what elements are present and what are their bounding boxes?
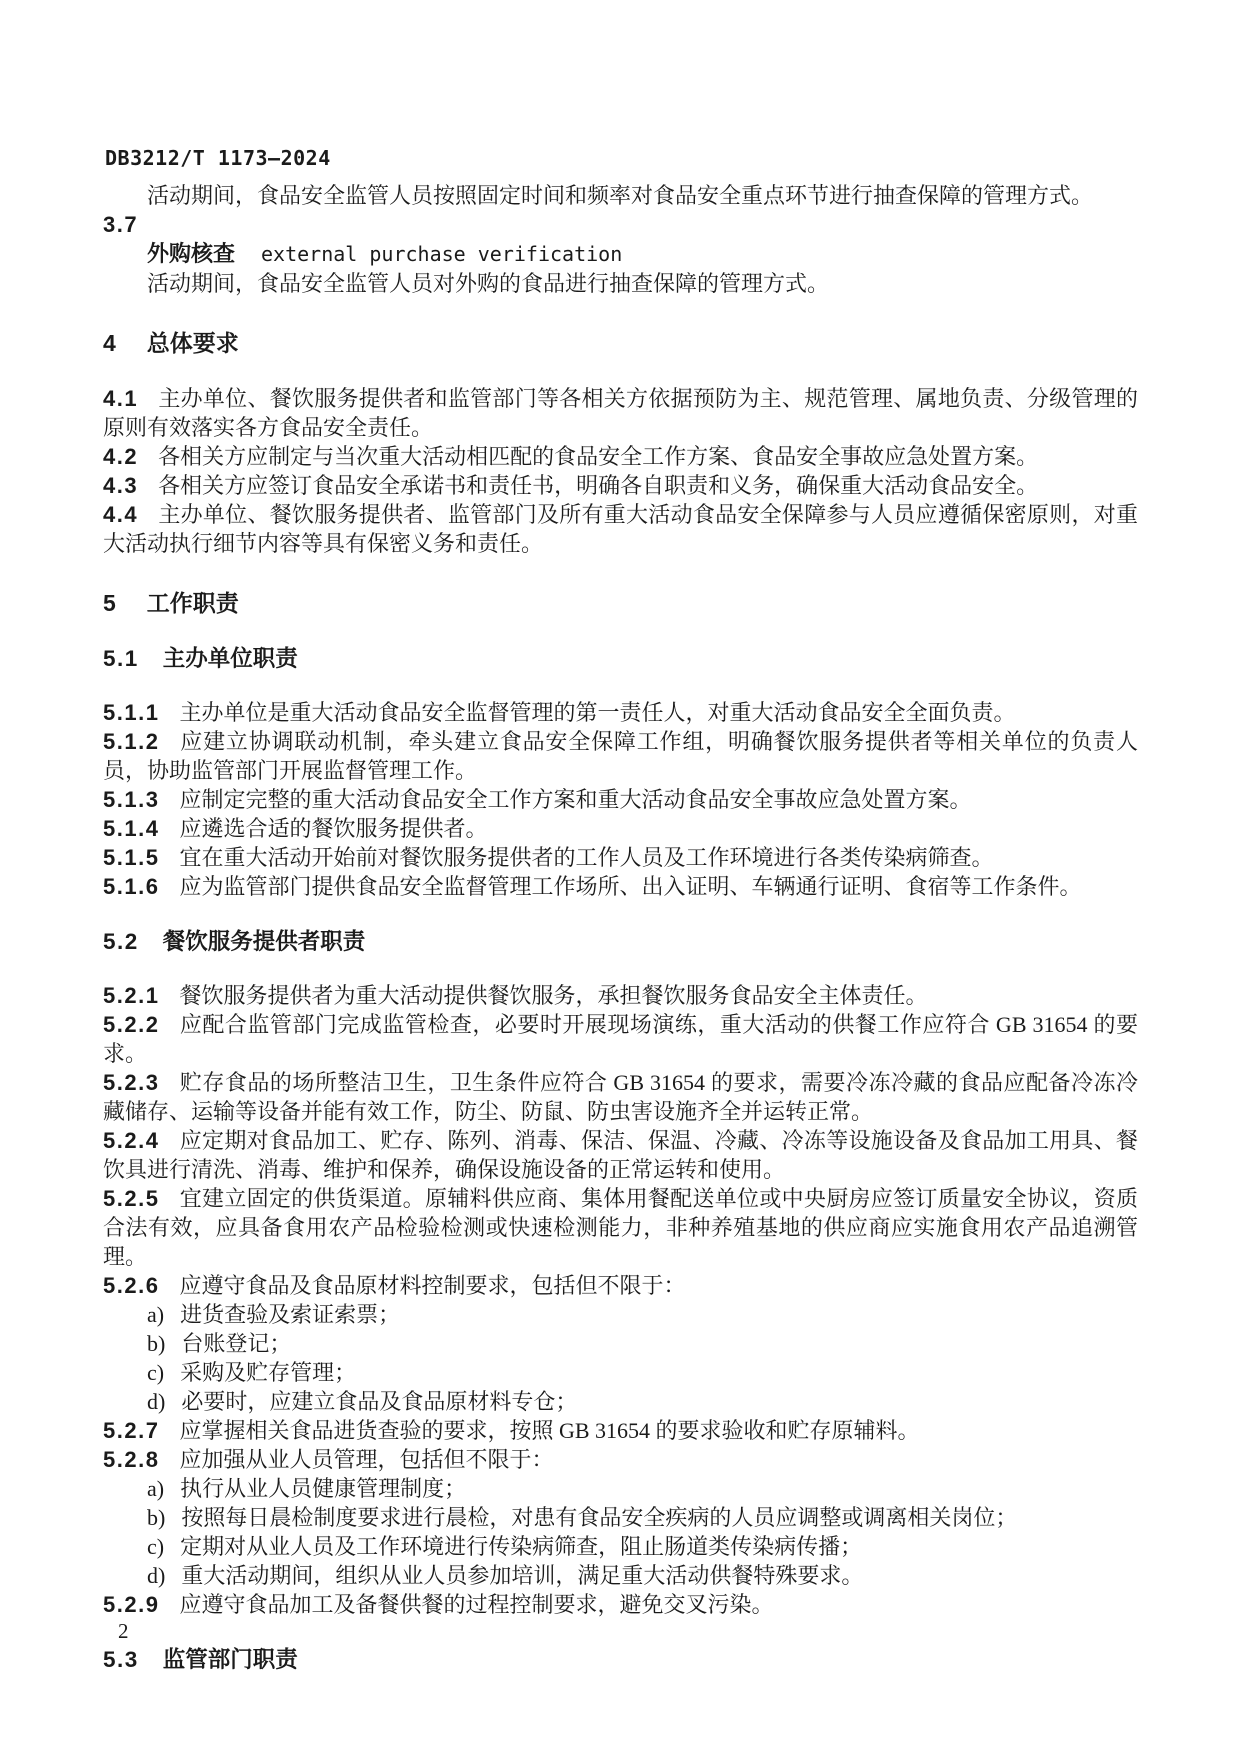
clause-number: 4.1 bbox=[103, 386, 138, 411]
clause-text: 主办单位、餐饮服务提供者、监管部门及所有重大活动食品安全保障参与人员应遵循保密原… bbox=[103, 502, 1138, 556]
clause-text: 应建立协调联动机制，牵头建立食品安全保障工作组，明确餐饮服务提供者等相关单位的负… bbox=[103, 729, 1138, 783]
list-marker: a) bbox=[147, 1302, 164, 1327]
clause-number: 5.2.6 bbox=[103, 1273, 159, 1298]
clause-number: 5.2.3 bbox=[103, 1070, 159, 1095]
clause-number: 5.2.8 bbox=[103, 1447, 159, 1472]
section-5-1-title: 主办单位职责 bbox=[163, 646, 298, 671]
list-marker: c) bbox=[147, 1534, 164, 1559]
section-5-3-title: 监管部门职责 bbox=[163, 1647, 298, 1672]
clause-number: 4.2 bbox=[103, 444, 138, 469]
clause-text: 应定期对食品加工、贮存、陈列、消毒、保洁、保温、冷藏、冷冻等设施设备及食品加工用… bbox=[103, 1128, 1138, 1182]
clause-number: 5.1.3 bbox=[103, 787, 159, 812]
list-item-5-2-6-a: a)进货查验及索证索票； bbox=[103, 1300, 1138, 1329]
section-5-title: 工作职责 bbox=[147, 590, 239, 616]
clause-text: 应加强从业人员管理，包括但不限于： bbox=[179, 1447, 553, 1472]
section-4-heading: 4总体要求 bbox=[103, 328, 1138, 358]
clause-5-1-2: 5.1.2应建立协调联动机制，牵头建立食品安全保障工作组，明确餐饮服务提供者等相… bbox=[103, 727, 1138, 785]
clause-text: 各相关方应制定与当次重大活动相匹配的食品安全工作方案、食品安全事故应急处置方案。 bbox=[158, 444, 1038, 469]
list-marker: b) bbox=[147, 1505, 165, 1530]
section-5-heading: 5工作职责 bbox=[103, 588, 1138, 618]
clause-number: 5.1.5 bbox=[103, 845, 159, 870]
clause-4-2: 4.2各相关方应制定与当次重大活动相匹配的食品安全工作方案、食品安全事故应急处置… bbox=[103, 442, 1138, 471]
list-marker: c) bbox=[147, 1360, 164, 1385]
section-5-3-number: 5.3 bbox=[103, 1647, 139, 1672]
clause-5-1-6: 5.1.6应为监管部门提供食品安全监督管理工作场所、出入证明、车辆通行证明、食宿… bbox=[103, 872, 1138, 901]
clause-4-3: 4.3各相关方应签订食品安全承诺书和责任书，明确各自职责和义务，确保重大活动食品… bbox=[103, 471, 1138, 500]
list-item-5-2-8-b: b)按照每日晨检制度要求进行晨检，对患有食品安全疾病的人员应调整或调离相关岗位； bbox=[103, 1503, 1138, 1532]
clause-number: 4.3 bbox=[103, 473, 138, 498]
clause-5-2-9: 5.2.9应遵守食品加工及备餐供餐的过程控制要求，避免交叉污染。 bbox=[103, 1590, 1138, 1619]
clause-text: 应配合监管部门完成监管检查，必要时开展现场演练，重大活动的供餐工作应符合 GB … bbox=[103, 1012, 1138, 1066]
clause-3-7-definition-text: 活动期间，食品安全监管人员对外购的食品进行抽查保障的管理方式。 bbox=[103, 269, 1138, 298]
list-item-5-2-8-a: a)执行从业人员健康管理制度； bbox=[103, 1474, 1138, 1503]
clause-text: 应制定完整的重大活动食品安全工作方案和重大活动食品安全事故应急处置方案。 bbox=[179, 787, 971, 812]
document-page: DB3212/T 1173—2024 活动期间，食品安全监管人员按照固定时间和频… bbox=[0, 0, 1241, 1755]
clause-number: 5.1.4 bbox=[103, 816, 159, 841]
clause-text: 餐饮服务提供者为重大活动提供餐饮服务，承担餐饮服务食品安全主体责任。 bbox=[179, 983, 927, 1008]
list-text: 重大活动期间，组织从业人员参加培训，满足重大活动供餐特殊要求。 bbox=[181, 1563, 863, 1588]
list-text: 执行从业人员健康管理制度； bbox=[180, 1476, 466, 1501]
clause-5-2-4: 5.2.4应定期对食品加工、贮存、陈列、消毒、保洁、保温、冷藏、冷冻等设施设备及… bbox=[103, 1126, 1138, 1184]
section-4-number: 4 bbox=[103, 330, 117, 356]
clause-5-1-3: 5.1.3应制定完整的重大活动食品安全工作方案和重大活动食品安全事故应急处置方案… bbox=[103, 785, 1138, 814]
list-item-5-2-6-d: d)必要时，应建立食品及食品原材料专仓； bbox=[103, 1387, 1138, 1416]
term-english: external purchase verification bbox=[261, 242, 622, 266]
clause-text: 主办单位、餐饮服务提供者和监管部门等各相关方依据预防为主、规范管理、属地负责、分… bbox=[103, 386, 1138, 440]
list-text: 按照每日晨检制度要求进行晨检，对患有食品安全疾病的人员应调整或调离相关岗位； bbox=[181, 1505, 1017, 1530]
list-marker: d) bbox=[147, 1563, 165, 1588]
term-chinese: 外购核查 bbox=[147, 241, 235, 266]
clause-5-2-7: 5.2.7应掌握相关食品进货查验的要求，按照 GB 31654 的要求验收和贮存… bbox=[103, 1416, 1138, 1445]
list-text: 定期对从业人员及工作环境进行传染病筛查，阻止肠道类传染病传播； bbox=[180, 1534, 862, 1559]
term-3-7-line: 外购核查external purchase verification bbox=[103, 239, 1138, 269]
section-5-3-heading: 5.3监管部门职责 bbox=[103, 1645, 1138, 1675]
clause-number: 5.2.7 bbox=[103, 1418, 159, 1443]
section-5-2-heading: 5.2餐饮服务提供者职责 bbox=[103, 927, 1138, 957]
list-text: 必要时，应建立食品及食品原材料专仓； bbox=[181, 1389, 577, 1414]
document-number-header: DB3212/T 1173—2024 bbox=[105, 145, 1138, 171]
clause-5-1-1: 5.1.1主办单位是重大活动食品安全监督管理的第一责任人，对重大活动食品安全全面… bbox=[103, 698, 1138, 727]
clause-number: 5.1.2 bbox=[103, 729, 159, 754]
clause-text: 贮存食品的场所整洁卫生，卫生条件应符合 GB 31654 的要求，需要冷冻冷藏的… bbox=[103, 1070, 1138, 1124]
clause-number: 5.2.2 bbox=[103, 1012, 159, 1037]
list-text: 台账登记； bbox=[181, 1331, 291, 1356]
list-marker: d) bbox=[147, 1389, 165, 1414]
clause-5-2-3: 5.2.3贮存食品的场所整洁卫生，卫生条件应符合 GB 31654 的要求，需要… bbox=[103, 1068, 1138, 1126]
clause-4-1: 4.1主办单位、餐饮服务提供者和监管部门等各相关方依据预防为主、规范管理、属地负… bbox=[103, 384, 1138, 442]
clause-5-2-6: 5.2.6应遵守食品及食品原材料控制要求，包括但不限于： bbox=[103, 1271, 1138, 1300]
clause-4-4: 4.4主办单位、餐饮服务提供者、监管部门及所有重大活动食品安全保障参与人员应遵循… bbox=[103, 500, 1138, 558]
clause-5-2-1: 5.2.1餐饮服务提供者为重大活动提供餐饮服务，承担餐饮服务食品安全主体责任。 bbox=[103, 981, 1138, 1010]
section-5-2-number: 5.2 bbox=[103, 929, 139, 954]
clause-number: 5.2.9 bbox=[103, 1592, 159, 1617]
clause-text: 主办单位是重大活动食品安全监督管理的第一责任人，对重大活动食品安全全面负责。 bbox=[179, 700, 1015, 725]
clause-text: 应为监管部门提供食品安全监督管理工作场所、出入证明、车辆通行证明、食宿等工作条件… bbox=[179, 874, 1081, 899]
clause-3-6-definition-text: 活动期间，食品安全监管人员按照固定时间和频率对食品安全重点环节进行抽查保障的管理… bbox=[103, 181, 1138, 210]
clause-5-2-5: 5.2.5宜建立固定的供货渠道。原辅料供应商、集体用餐配送单位或中央厨房应签订质… bbox=[103, 1184, 1138, 1271]
clause-text: 应遵守食品加工及备餐供餐的过程控制要求，避免交叉污染。 bbox=[179, 1592, 773, 1617]
clause-text: 应遵守食品及食品原材料控制要求，包括但不限于： bbox=[179, 1273, 685, 1298]
clause-text: 各相关方应签订食品安全承诺书和责任书，明确各自职责和义务，确保重大活动食品安全。 bbox=[158, 473, 1038, 498]
clause-5-1-4: 5.1.4应遴选合适的餐饮服务提供者。 bbox=[103, 814, 1138, 843]
clause-text: 应掌握相关食品进货查验的要求，按照 GB 31654 的要求验收和贮存原辅料。 bbox=[179, 1418, 919, 1443]
clause-number: 5.2.5 bbox=[103, 1186, 159, 1211]
clause-number: 5.1.6 bbox=[103, 874, 159, 899]
page-number: 2 bbox=[118, 1618, 129, 1644]
clause-3-7-number: 3.7 bbox=[103, 210, 1138, 239]
clause-text: 应遴选合适的餐饮服务提供者。 bbox=[179, 816, 487, 841]
clause-number: 5.2.4 bbox=[103, 1128, 159, 1153]
section-5-2-title: 餐饮服务提供者职责 bbox=[163, 929, 366, 954]
list-item-5-2-8-c: c)定期对从业人员及工作环境进行传染病筛查，阻止肠道类传染病传播； bbox=[103, 1532, 1138, 1561]
section-5-1-number: 5.1 bbox=[103, 646, 139, 671]
list-item-5-2-8-d: d)重大活动期间，组织从业人员参加培训，满足重大活动供餐特殊要求。 bbox=[103, 1561, 1138, 1590]
clause-number: 5.2.1 bbox=[103, 983, 159, 1008]
list-item-5-2-6-c: c)采购及贮存管理； bbox=[103, 1358, 1138, 1387]
section-5-1-heading: 5.1主办单位职责 bbox=[103, 644, 1138, 674]
clause-text: 宜建立固定的供货渠道。原辅料供应商、集体用餐配送单位或中央厨房应签订质量安全协议… bbox=[103, 1186, 1138, 1269]
list-marker: b) bbox=[147, 1331, 165, 1356]
section-5-number: 5 bbox=[103, 590, 117, 616]
section-4-title: 总体要求 bbox=[147, 330, 239, 356]
clause-number: 4.4 bbox=[103, 502, 138, 527]
clause-5-2-2: 5.2.2应配合监管部门完成监管检查，必要时开展现场演练，重大活动的供餐工作应符… bbox=[103, 1010, 1138, 1068]
list-text: 采购及贮存管理； bbox=[180, 1360, 356, 1385]
clause-5-1-5: 5.1.5宜在重大活动开始前对餐饮服务提供者的工作人员及工作环境进行各类传染病筛… bbox=[103, 843, 1138, 872]
list-marker: a) bbox=[147, 1476, 164, 1501]
clause-5-2-8: 5.2.8应加强从业人员管理，包括但不限于： bbox=[103, 1445, 1138, 1474]
list-item-5-2-6-b: b)台账登记； bbox=[103, 1329, 1138, 1358]
clause-text: 宜在重大活动开始前对餐饮服务提供者的工作人员及工作环境进行各类传染病筛查。 bbox=[179, 845, 993, 870]
clause-number: 5.1.1 bbox=[103, 700, 159, 725]
list-text: 进货查验及索证索票； bbox=[180, 1302, 400, 1327]
